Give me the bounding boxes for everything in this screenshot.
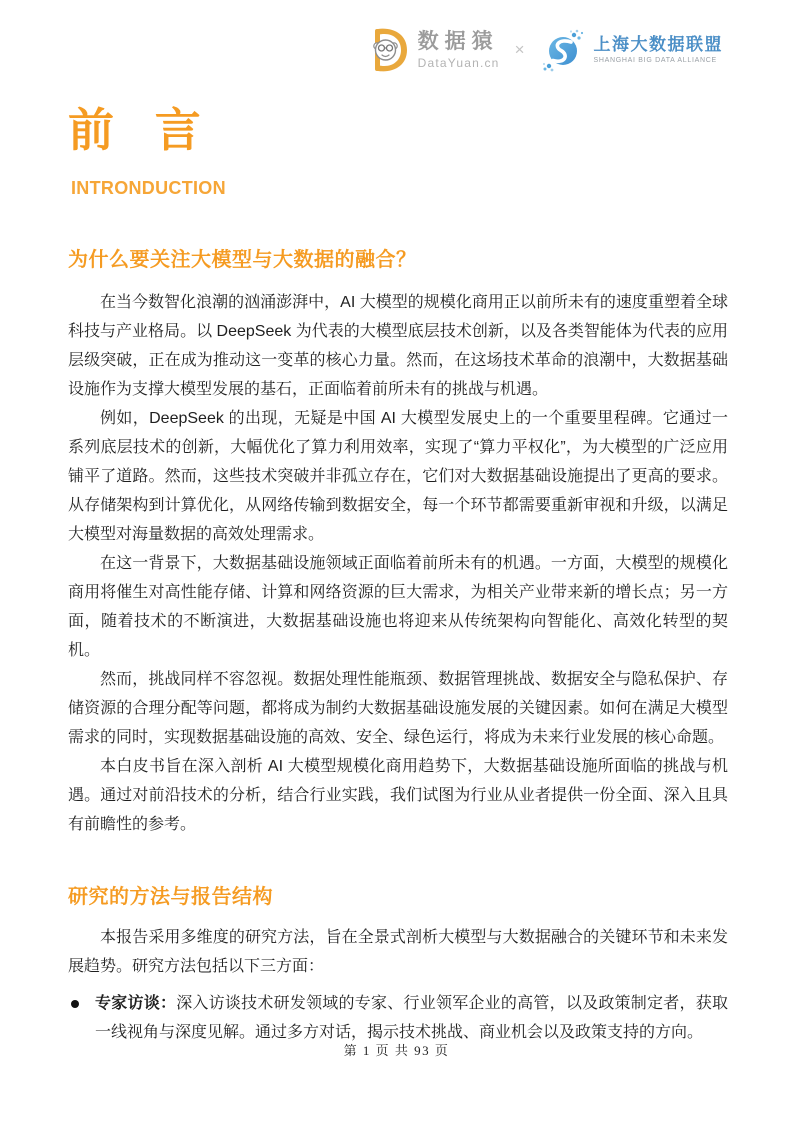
list-item-expert-interview: 专家访谈：深入访谈技术研发领域的专家、行业领军企业的高管，以及政策制定者，获取一… xyxy=(68,989,728,1047)
cross-separator: × xyxy=(513,40,527,60)
paragraph: 在这一背景下，大数据基础设施领域正面临着前所未有的机遇。一方面，大模型的规模化商… xyxy=(68,549,728,665)
bullet-dot-icon xyxy=(71,1000,79,1008)
alliance-s-swirl-icon xyxy=(540,27,586,73)
datayuan-logo-subtitle: DataYuan.cn xyxy=(418,56,500,70)
page-subtitle: INTRONDUCTION xyxy=(71,178,226,199)
content: 为什么要关注大模型与大数据的融合？ 在当今数智化浪潮的汹涌澎湃中，AI 大模型的… xyxy=(68,248,728,1047)
section-heading-methodology: 研究的方法与报告结构 xyxy=(68,885,728,909)
datayuan-logo: 数据猿 DataYuan.cn xyxy=(369,26,500,74)
bullet-text: 深入访谈技术研发领域的专家、行业领军企业的高管，以及政策制定者，获取一线视角与深… xyxy=(95,995,728,1041)
paragraph: 在当今数智化浪潮的汹涌澎湃中，AI 大模型的规模化商用正以前所未有的速度重塑着全… xyxy=(68,288,728,404)
paragraph: 本白皮书旨在深入剖析 AI 大模型规模化商用趋势下，大数据基础设施所面临的挑战与… xyxy=(68,752,728,839)
alliance-logo-title: 上海大数据联盟 xyxy=(594,36,724,53)
bullet-label: 专家访谈： xyxy=(95,995,176,1012)
paragraph: 然而，挑战同样不容忽视。数据处理性能瓶颈、数据管理挑战、数据安全与隐私保护、存储… xyxy=(68,665,728,752)
datayuan-logo-title: 数据猿 xyxy=(418,31,500,52)
header-logos: 数据猿 DataYuan.cn × xyxy=(369,26,723,74)
footer: 第 1 页 共 93 页 xyxy=(0,1040,793,1059)
paragraph: 例如，DeepSeek 的出现，无疑是中国 AI 大模型发展史上的一个重要里程碑… xyxy=(68,404,728,549)
page-title: 前 言 xyxy=(68,103,202,158)
alliance-logo-text: 上海大数据联盟 SHANGHAI BIG DATA ALLIANCE xyxy=(594,36,724,64)
bullet-paragraph: 专家访谈：深入访谈技术研发领域的专家、行业领军企业的高管，以及政策制定者，获取一… xyxy=(95,989,728,1047)
alliance-logo: 上海大数据联盟 SHANGHAI BIG DATA ALLIANCE xyxy=(540,27,724,73)
page-number: 第 1 页 共 93 页 xyxy=(344,1043,450,1058)
alliance-logo-subtitle: SHANGHAI BIG DATA ALLIANCE xyxy=(594,57,724,64)
datayuan-logo-text: 数据猿 DataYuan.cn xyxy=(418,31,500,70)
section-heading-fusion: 为什么要关注大模型与大数据的融合？ xyxy=(68,248,728,272)
document-page: 数据猿 DataYuan.cn × xyxy=(0,0,793,1122)
paragraph: 本报告采用多维度的研究方法，旨在全景式剖析大模型与大数据融合的关键环节和未来发展… xyxy=(68,923,728,981)
datayuan-monkey-icon xyxy=(369,26,411,74)
